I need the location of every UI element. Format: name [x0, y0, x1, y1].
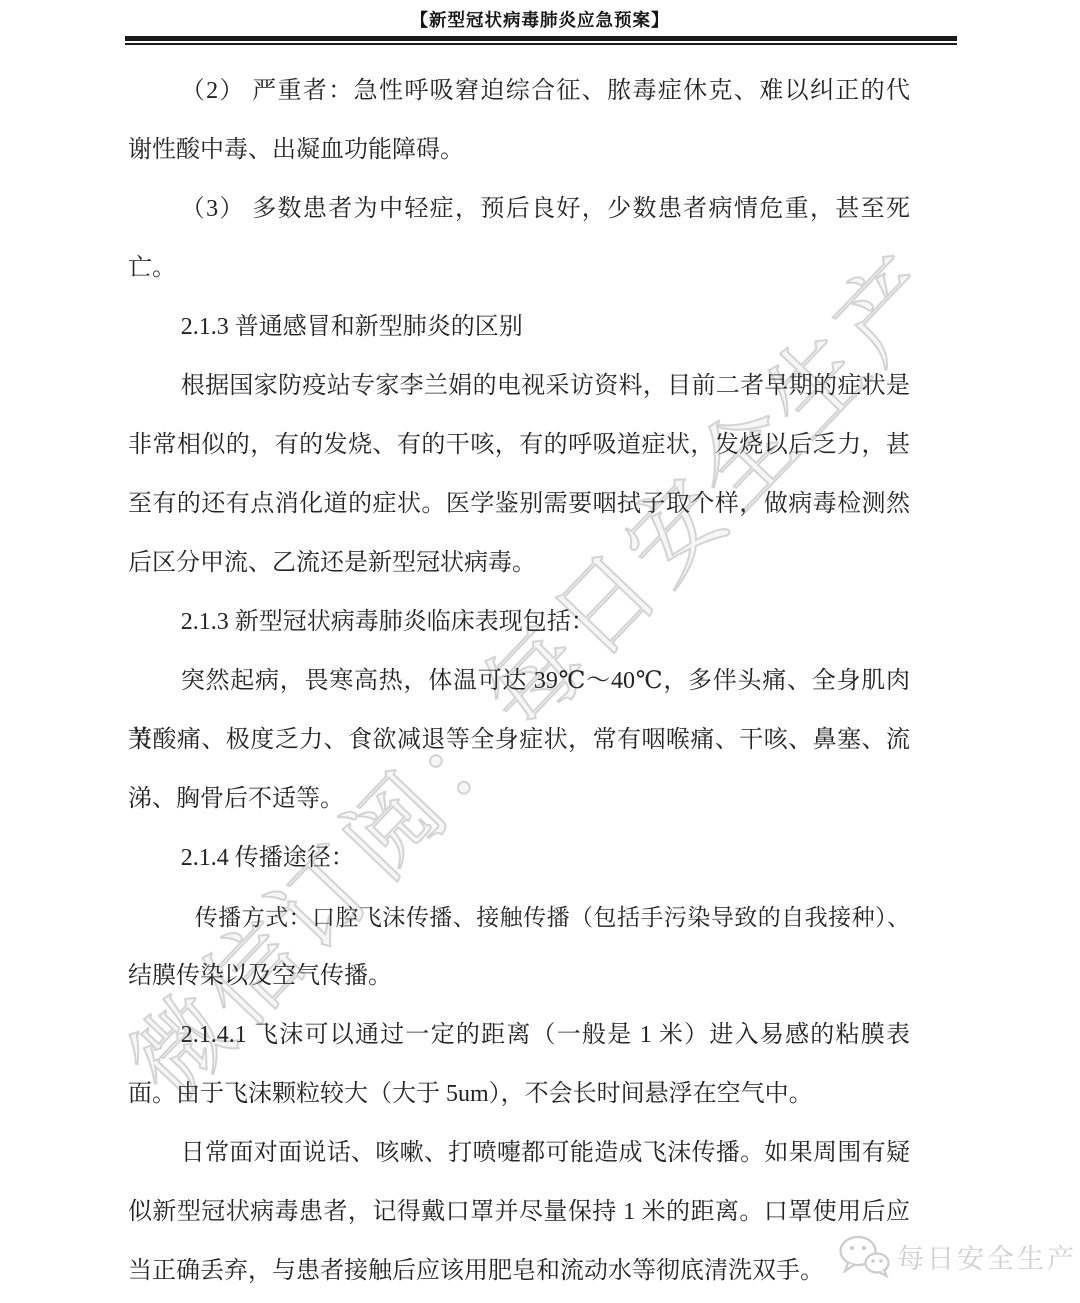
- header-rule-thick: [125, 36, 957, 41]
- text-line: 根据国家防疫站专家李兰娟的电视采访资料，目前二者早期的症状是: [128, 357, 910, 416]
- text-line: 2.1.4.1 飞沫可以通过一定的距离（一般是 1 米）进入易感的粘膜表: [128, 1006, 910, 1065]
- text-line: 2.1.3 普通感冒和新型肺炎的区别: [128, 298, 910, 357]
- text-line: 2.1.4 传播途径：: [128, 829, 910, 888]
- text-line: 面。由于飞沫颗粒较大（大于 5um），不会长时间悬浮在空气中。: [128, 1065, 910, 1124]
- text-line: 日常面对面说话、咳嗽、打喷嚏都可能造成飞沫传播。如果周围有疑: [128, 1124, 910, 1183]
- text-line: （2） 严重者：急性呼吸窘迫综合征、脓毒症休克、难以纠正的代: [128, 62, 910, 121]
- wechat-logo-icon: [838, 1234, 890, 1278]
- text-line: 2.1.3 新型冠状病毒肺炎临床表现包括：: [128, 593, 910, 652]
- document-body: （2） 严重者：急性呼吸窘迫综合征、脓毒症休克、难以纠正的代谢性酸中毒、出凝血功…: [128, 62, 910, 1301]
- text-line: （3） 多数患者为中轻症，预后良好，少数患者病情危重，甚至死: [128, 180, 910, 239]
- header-rule-thin: [125, 43, 957, 45]
- document-page: 【新型冠状病毒肺炎应急预案】 微信订阅：每日安全生产 （2） 严重者：急性呼吸窘…: [0, 0, 1080, 1303]
- text-line: 至有的还有点消化道的症状。医学鉴别需要咽拭子取个样，做病毒检测然: [128, 475, 910, 534]
- text-line: 涕、胸骨后不适等。: [128, 770, 910, 829]
- text-line: 当正确丢弃，与患者接触后应该用肥皂和流动水等彻底清洗双手。: [128, 1242, 910, 1301]
- footer-brand: 每日安全生产: [838, 1234, 1077, 1278]
- footer-brand-text: 每日安全生产: [897, 1237, 1077, 1276]
- text-line: 突然起病，畏寒高热，体温可达 39℃～40℃，多伴头痛、全身肌肉关: [128, 652, 910, 711]
- text-line: 节酸痛、极度乏力、食欲减退等全身症状，常有咽喉痛、干咳、鼻塞、流: [128, 711, 910, 770]
- text-line: 后区分甲流、乙流还是新型冠状病毒。: [128, 534, 910, 593]
- text-line: 亡。: [128, 239, 910, 298]
- document-header-title: 【新型冠状病毒肺炎应急预案】: [0, 7, 1080, 32]
- text-line: 似新型冠状病毒患者，记得戴口罩并尽量保持 1 米的距离。口罩使用后应: [128, 1183, 910, 1242]
- text-line: 非常相似的，有的发烧、有的干咳，有的呼吸道症状，发烧以后乏力，甚: [128, 416, 910, 475]
- text-line: 结膜传染以及空气传播。: [128, 947, 910, 1006]
- text-line: 传播方式：口腔飞沫传播、接触传播（包括手污染导致的自我接种）、: [128, 888, 910, 947]
- text-line: 谢性酸中毒、出凝血功能障碍。: [128, 121, 910, 180]
